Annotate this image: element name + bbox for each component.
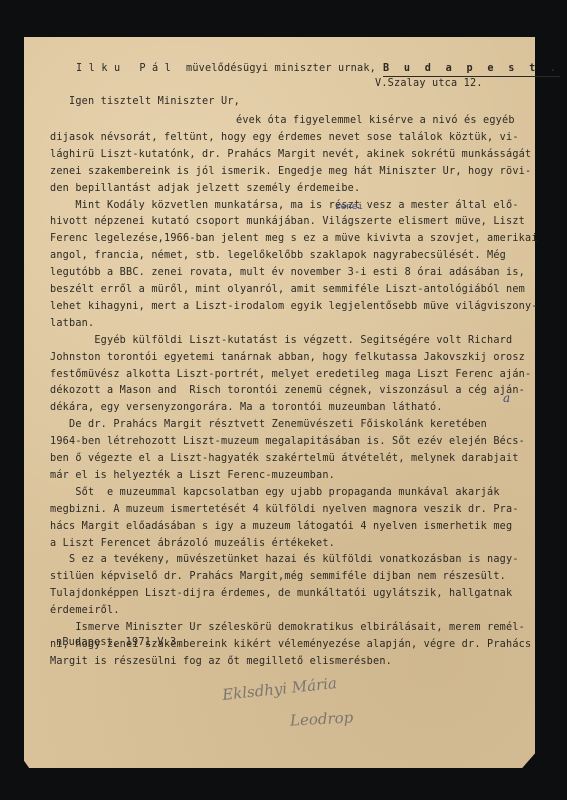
letter-body-line: Sőt e muzeummal kapcsolatban egy ujabb p… bbox=[50, 486, 500, 500]
letter-body-line: festőmüvész alkotta Liszt-portrét, melye… bbox=[50, 368, 531, 382]
letter-body-line: Margit is részesülni fog az őt megillető… bbox=[50, 655, 392, 669]
date-line: nBudapest, 1971.V.3. bbox=[56, 636, 183, 650]
addressee-city: B u d a p e s t . bbox=[383, 62, 560, 77]
letter-body-line: lehet kihagyni, mert a Liszt-irodalom eg… bbox=[50, 300, 538, 314]
letter-body-line: legutóbb a BBC. zenei rovata, mult év no… bbox=[50, 266, 525, 280]
letter-body-line: S ez a tevékeny, müvészetünket hazai és … bbox=[50, 553, 519, 567]
letter-body-line: a Liszt Ferencet ábrázoló muzeális érték… bbox=[50, 537, 335, 551]
margin-note: a bbox=[503, 391, 510, 405]
letter-body-line: dékára, egy versenyzongorára. Ma a toron… bbox=[50, 401, 443, 415]
letter-body-line: De dr. Prahács Margit résztvett Zenemüvé… bbox=[50, 418, 487, 432]
letter-body-line: megbizni. A muzeum ismertetését 4 külföl… bbox=[50, 503, 519, 517]
letter-body-line: hács Margit előadásában s igy a muzeum l… bbox=[50, 520, 512, 534]
salutation: Igen tisztelt Miniszter Ur, bbox=[69, 95, 240, 109]
addressee-street: V.Szalay utca 12. bbox=[375, 77, 483, 91]
letter-body-line: angol, francia, német, stb. legelőkelőbb… bbox=[50, 249, 506, 263]
letter-body-line: Mint Kodály közvetlen munkatársa, ma is … bbox=[50, 199, 519, 213]
letter-body-line: lághirü Liszt-kutatónk, dr. Prahács Marg… bbox=[50, 148, 531, 162]
letter-body-line: den bepillantást adjak jelzett személy é… bbox=[50, 182, 360, 196]
addressee-name: I l k u P á l bbox=[76, 62, 171, 76]
letter-body-line: Ismerve Miniszter Ur széleskörü demokrat… bbox=[50, 621, 525, 635]
letter-body-line: Tulajdonképpen Liszt-dijra érdemes, de m… bbox=[50, 587, 512, 601]
letter-body-line: Egyéb külföldi Liszt-kutatást is végzett… bbox=[50, 334, 512, 348]
letter-body-line: Ferenc legelezése,1966-ban jelent meg s … bbox=[50, 232, 538, 246]
letter-body-line: dékozott a Mason and Risch torontói zene… bbox=[50, 384, 525, 398]
letter-body-line: érdemeiről. bbox=[50, 604, 120, 618]
letter-body-line: beszélt erről a müről, mint olyanról, am… bbox=[50, 283, 525, 297]
letter-body-line: évek óta figyelemmel kisérve a nivó és e… bbox=[236, 114, 515, 128]
letter-body-line: zenei szakembereink is jól ismerik. Enge… bbox=[50, 165, 531, 179]
letter-body-line: 1964-ben létrehozott Liszt-muzeum megala… bbox=[50, 435, 525, 449]
letter-body-line: hivott népzenei kutató csoport munkájába… bbox=[50, 215, 525, 229]
letter-body-line: Johnston torontói egyetemi tanárnak abba… bbox=[50, 351, 525, 365]
letter-body-line: latban. bbox=[50, 317, 94, 331]
addressee-title: müvelődésügyi miniszter urnak, bbox=[186, 62, 376, 76]
inserted-word-annotation: zenei bbox=[335, 200, 363, 214]
letter-body-line: ben ő végezte el a Liszt-hagyaték szakér… bbox=[50, 452, 519, 466]
signature-line-2: Leodrop bbox=[290, 708, 354, 729]
letter-body-line: dijasok névsorát, feltünt, hogy egy érde… bbox=[50, 131, 519, 145]
letter-body-line: stilüen képviselő dr. Prahács Margit,még… bbox=[50, 570, 506, 584]
letter-body-line: már el is helyezték a Liszt Ferenc-muzeu… bbox=[50, 469, 335, 483]
